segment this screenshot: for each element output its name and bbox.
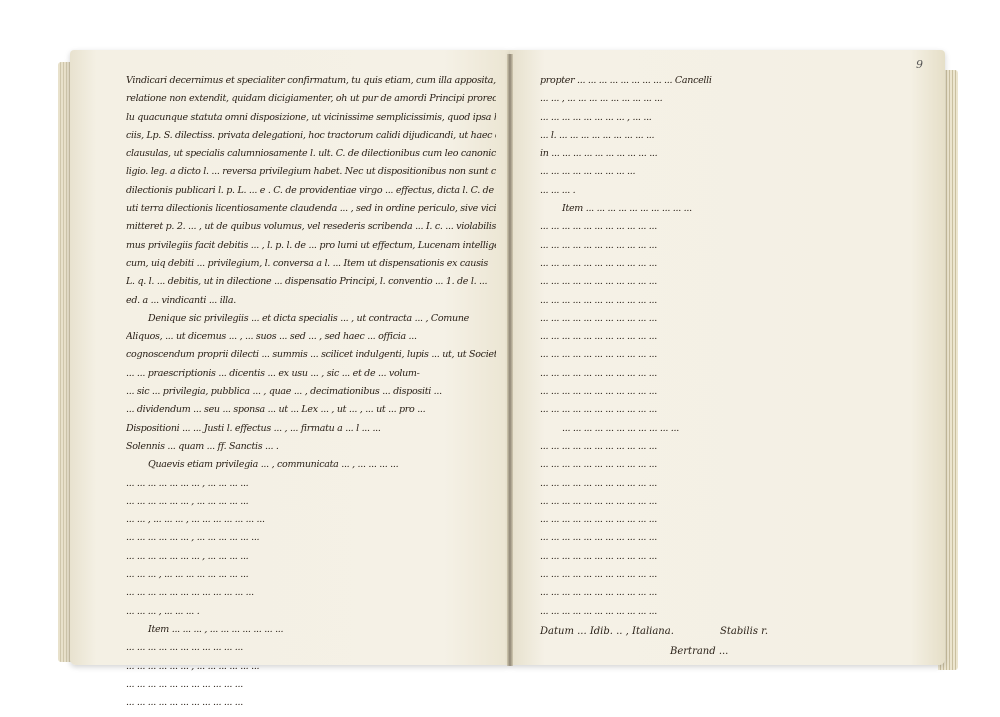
manuscript-line: ... ... ... ... ... ... ... ... ... ... … — [540, 475, 920, 493]
manuscript-line: relatione non extendit, quidam dicigiame… — [126, 90, 496, 108]
manuscript-line: mitteret p. 2. ... , ut de quibus volumu… — [126, 218, 496, 236]
manuscript-line: L. q. l. ... debitis, ut in dilectione .… — [126, 273, 496, 291]
manuscript-line: Vindicari decernimus et specialiter conf… — [126, 72, 496, 90]
manuscript-line: ... ... ... ... ... ... ... , ... ... ..… — [126, 475, 496, 493]
manuscript-line: ciis, Lp. S. dilectiss. privata delegati… — [126, 127, 496, 145]
manuscript-line: ... ... ... ... ... ... ... ... ... ... … — [540, 218, 920, 236]
manuscript-line: ... ... , ... ... ... ... ... ... ... ..… — [540, 90, 920, 108]
manuscript-line: ... ... ... ... ... ... ... ... ... ... … — [126, 694, 496, 712]
manuscript-line: ... ... ... ... ... ... ... ... ... ... … — [540, 346, 920, 364]
manuscript-line: Item ... ... ... ... ... ... ... ... ...… — [540, 200, 920, 218]
right-page-text: propter ... ... ... ... ... ... ... ... … — [540, 72, 920, 621]
manuscript-line: dilectionis publicari l. p. L. ... e . C… — [126, 182, 496, 200]
manuscript-line: ... ... ... ... ... ... ... ... ... ... … — [540, 237, 920, 255]
manuscript-line: Quaevis etiam privilegia ... , communica… — [126, 456, 496, 474]
manuscript-line: ... ... ... ... ... ... ... ... ... ... … — [540, 493, 920, 511]
manuscript-line: ... ... ... ... ... ... ... ... ... ... … — [540, 456, 920, 474]
manuscript-line: lu quacunque statuta omni disposizione, … — [126, 109, 496, 127]
left-page: Vindicari decernimus et specialiter conf… — [70, 50, 510, 665]
manuscript-line: ... ... ... ... ... ... ... ... ... ... … — [540, 401, 920, 419]
manuscript-line: ... ... praescriptionis ... dicentis ...… — [126, 365, 496, 383]
manuscript-line: ... ... ... ... ... ... ... ... ... ... … — [540, 511, 920, 529]
manuscript-line: ... sic ... privilegia, pubblica ... , q… — [126, 383, 496, 401]
manuscript-line: Item ... ... ... , ... ... ... ... ... .… — [126, 621, 496, 639]
manuscript-line: Denique sic privilegiis ... et dicta spe… — [126, 310, 496, 328]
manuscript-line: ... ... ... ... ... ... ... ... ... — [540, 163, 920, 181]
manuscript-line: ... ... ... ... ... ... ... ... ... ... … — [540, 292, 920, 310]
manuscript-line: ... dividendum ... seu ... sponsa ... ut… — [126, 401, 496, 419]
manuscript-line: ed. a ... vindicanti ... illa. — [126, 292, 496, 310]
manuscript-line: cognoscendum proprii dilecti ... summis … — [126, 346, 496, 364]
manuscript-line: ... ... ... ... ... ... ... ... , ... ..… — [540, 109, 920, 127]
manuscript-line: in ... ... ... ... ... ... ... ... ... .… — [540, 145, 920, 163]
right-page: 9 propter ... ... ... ... ... ... ... ..… — [510, 50, 945, 665]
manuscript-line: cum, uiq debiti ... privilegium, l. conv… — [126, 255, 496, 273]
manuscript-line: ... ... ... ... ... ... ... ... ... ... … — [540, 529, 920, 547]
book-gutter — [507, 54, 513, 666]
manuscript-line: ... ... , ... ... ... , ... ... ... ... … — [126, 511, 496, 529]
manuscript-line: ... ... ... ... ... ... , ... ... ... ..… — [126, 529, 496, 547]
manuscript-line: ... ... ... ... ... ... ... ... ... ... … — [540, 603, 920, 621]
manuscript-line: ligio. leg. a dicto l. ... reversa privi… — [126, 163, 496, 181]
manuscript-line: ... ... ... ... ... ... ... ... ... ... … — [126, 584, 496, 602]
manuscript-line: clausulas, ut specialis calumniosamente … — [126, 145, 496, 163]
manuscript-line: ... ... ... ... ... ... ... ... ... ... … — [540, 420, 920, 438]
manuscript-line: ... ... ... ... ... ... ... ... ... ... … — [540, 255, 920, 273]
manuscript-line: Aliquos, ... ut dicemus ... , ... suos .… — [126, 328, 496, 346]
manuscript-line: ... ... ... ... ... ... , ... ... ... ..… — [126, 658, 496, 676]
manuscript-line: ... ... ... ... ... ... , ... ... ... ..… — [126, 493, 496, 511]
manuscript-line: ... ... ... , ... ... ... ... ... ... ..… — [126, 566, 496, 584]
manuscript-line: ... ... ... ... ... ... ... ... ... ... … — [126, 639, 496, 657]
manuscript-line: Solennis ... quam ... ff. Sanctis ... . — [126, 438, 496, 456]
open-manuscript-book: Vindicari decernimus et specialiter conf… — [58, 50, 962, 670]
left-page-text: Vindicari decernimus et specialiter conf… — [126, 72, 496, 712]
manuscript-line: ... ... ... ... ... ... ... ... ... ... … — [540, 273, 920, 291]
manuscript-line: ... ... ... ... ... ... ... ... ... ... … — [540, 383, 920, 401]
manuscript-line: uti terra dilectionis licentiosamente cl… — [126, 200, 496, 218]
manuscript-line: ... ... ... ... ... ... ... ... ... ... … — [540, 548, 920, 566]
manuscript-line: ... ... ... ... ... ... ... ... ... ... … — [540, 584, 920, 602]
manuscript-line: ... ... ... ... ... ... ... ... ... ... … — [126, 676, 496, 694]
manuscript-line: ... ... ... ... ... ... ... , ... ... ..… — [126, 548, 496, 566]
manuscript-line: ... ... ... ... ... ... ... ... ... ... … — [540, 566, 920, 584]
manuscript-line: Dispositioni ... ... Justi l. effectus .… — [126, 420, 496, 438]
manuscript-line: ... ... ... ... ... ... ... ... ... ... … — [540, 310, 920, 328]
closing-signature: Stabilis r. — [720, 626, 768, 637]
manuscript-line: mus privilegiis facit debitis ... , l. p… — [126, 237, 496, 255]
manuscript-line: ... ... ... ... ... ... ... ... ... ... … — [540, 365, 920, 383]
manuscript-line: ... ... ... . — [540, 182, 920, 200]
manuscript-line: propter ... ... ... ... ... ... ... ... … — [540, 72, 920, 90]
manuscript-line: ... ... ... ... ... ... ... ... ... ... … — [540, 328, 920, 346]
closing-signature-name: Bertrand ... — [670, 646, 728, 657]
manuscript-line: ... ... ... , ... ... ... . — [126, 603, 496, 621]
manuscript-line: ... l. ... ... ... ... ... ... ... ... .… — [540, 127, 920, 145]
closing-line: Datum ... Idib. .. , Italiana. — [540, 626, 674, 637]
manuscript-line: ... ... ... ... ... ... ... ... ... ... … — [540, 438, 920, 456]
folio-number: 9 — [916, 58, 923, 71]
